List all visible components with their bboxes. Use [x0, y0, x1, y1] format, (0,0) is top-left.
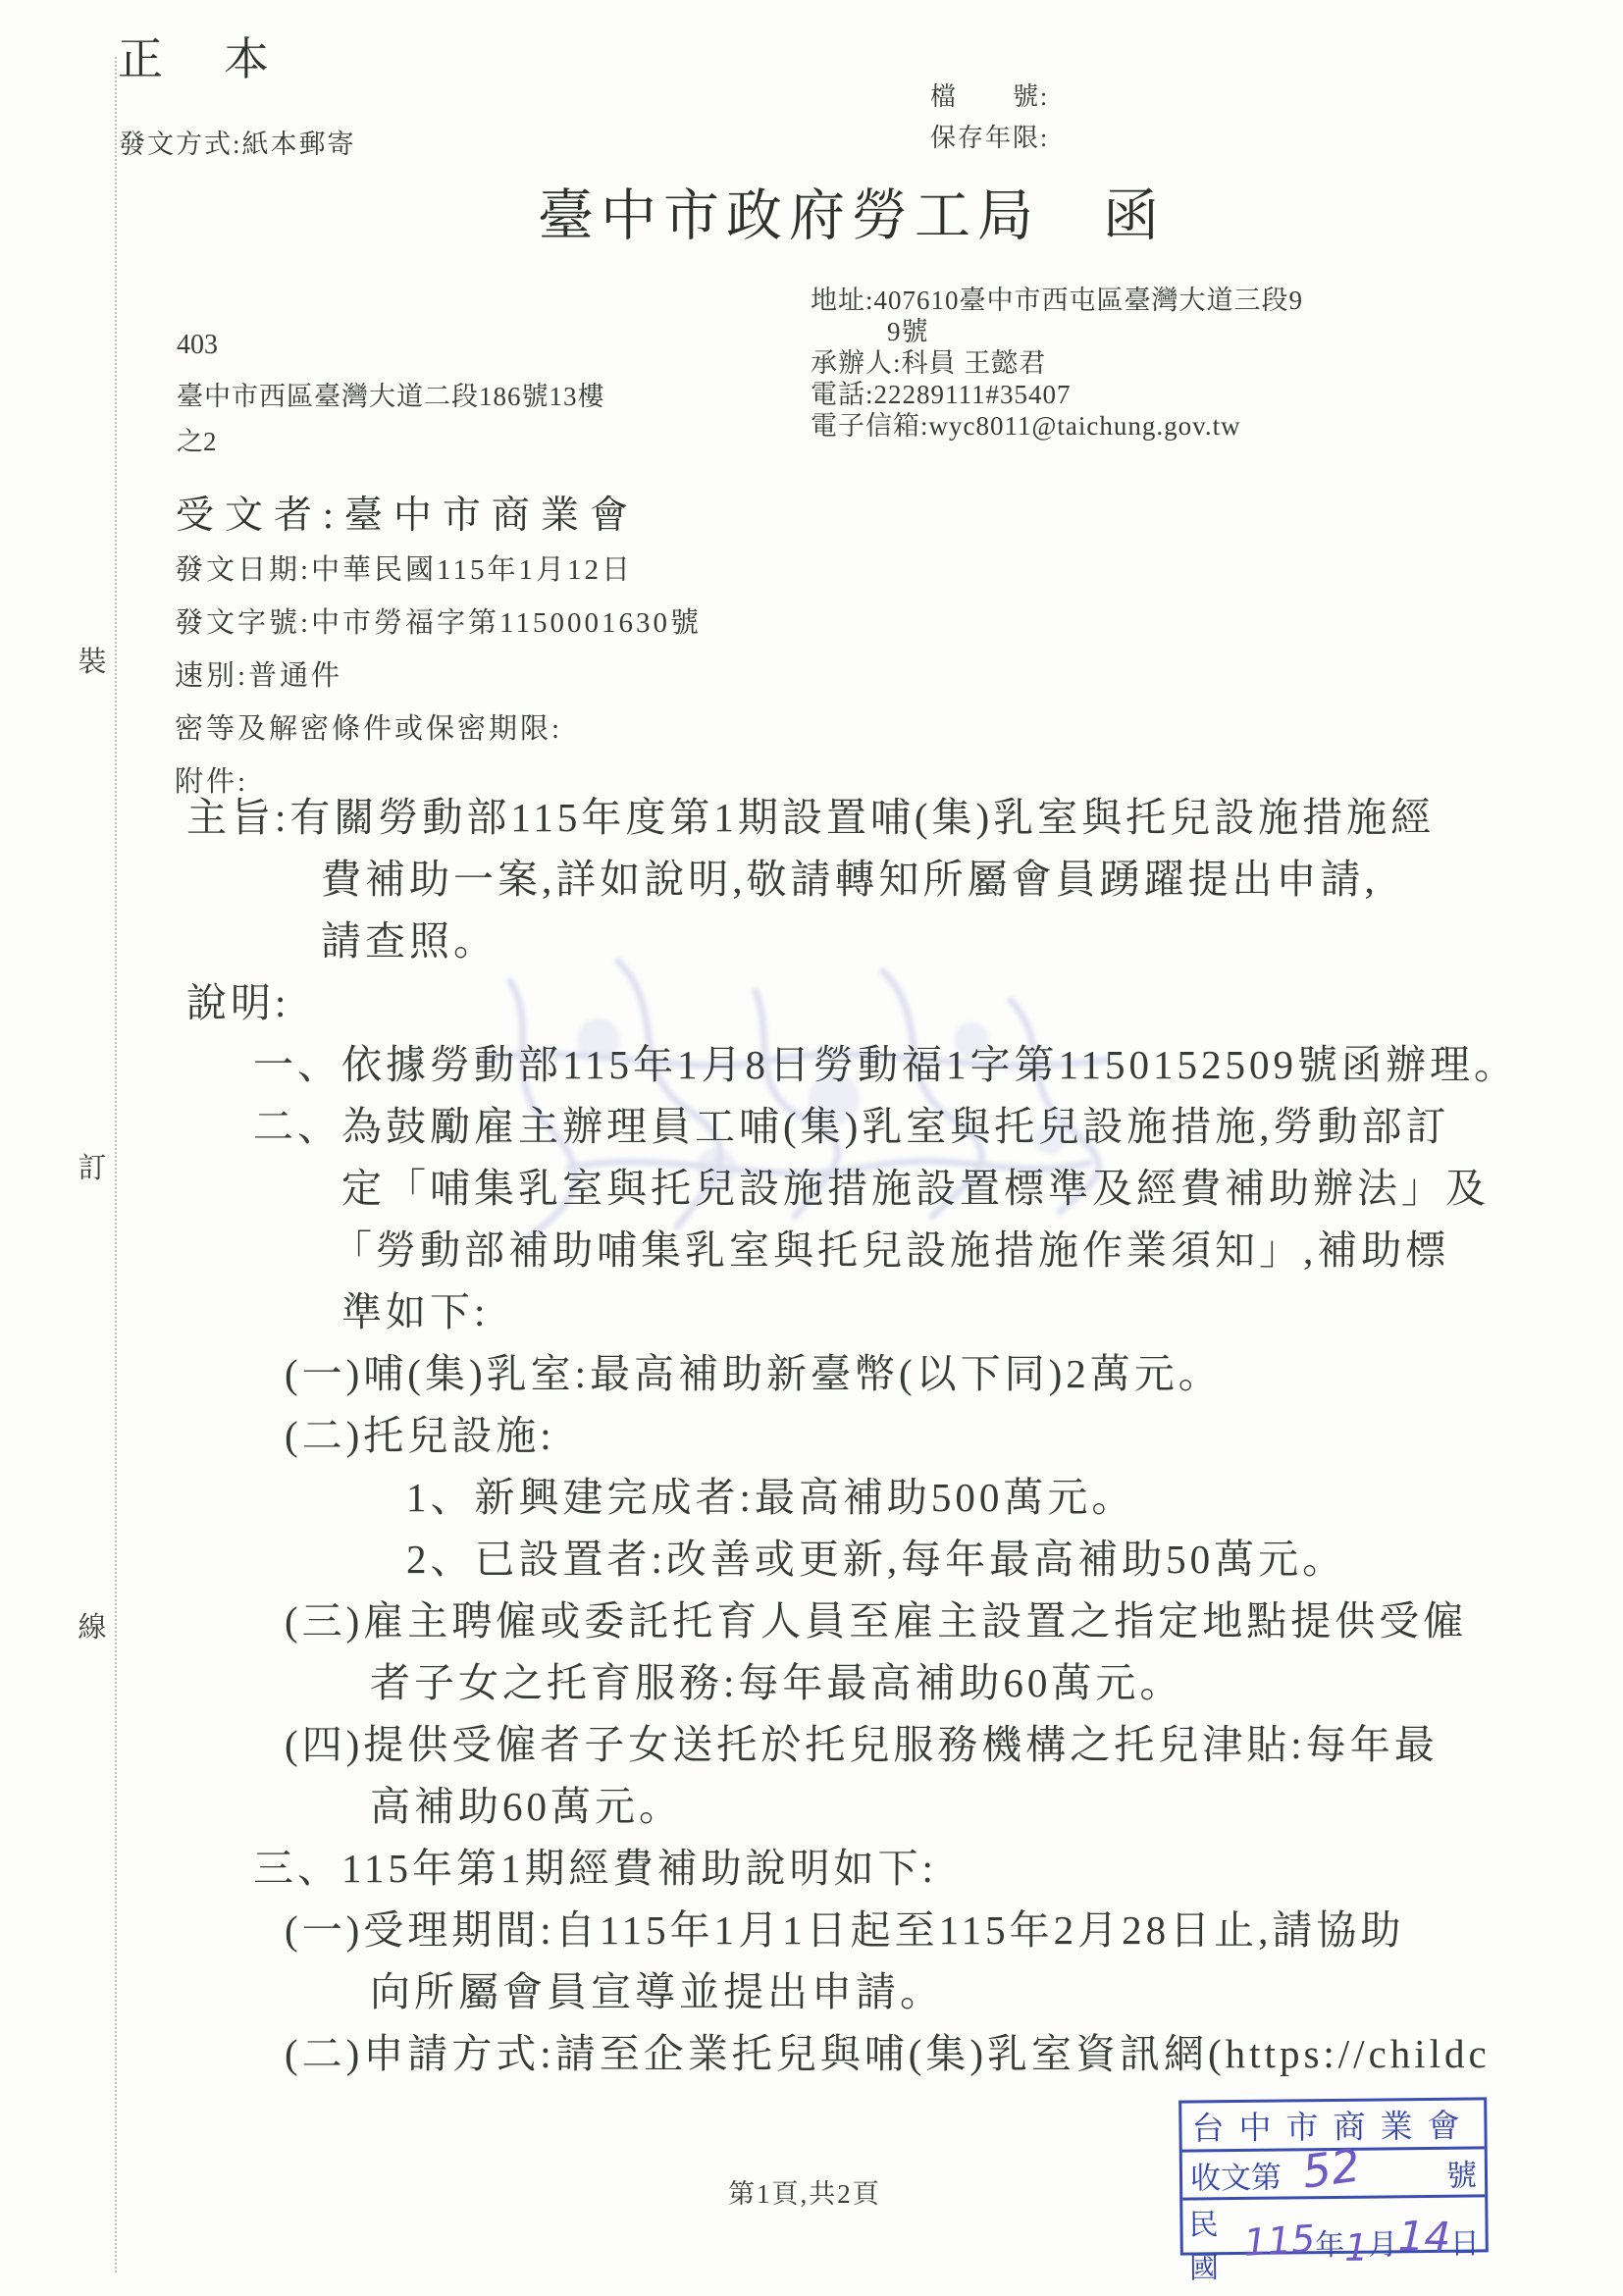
sender-phone: 電話:22289111#35407 — [811, 379, 1303, 410]
binding-mark-xian: 線 — [73, 1605, 112, 1645]
body-line: 1、新興建完成者:最高補助500萬元。 — [406, 1465, 1135, 1523]
body-line: (三)雇主聘僱或委託托育人員至雇主設置之指定地點提供受僱 — [285, 1589, 1467, 1646]
copy-type-label: 正 本 — [118, 24, 277, 88]
sender-address-line1: 地址:407610臺中市西屯區臺灣大道三段9 — [811, 285, 1303, 316]
stamp-year-handwritten: 115 — [1242, 2219, 1316, 2261]
document-title: 臺中市政府勞工局 函 — [538, 171, 1166, 251]
stamp-date-row: 民國 115 年 1 月 14 日 — [1182, 2197, 1486, 2286]
received-stamp: 台中市商業會 收文第 52 號 民國 115 年 1 月 14 日 — [1178, 2097, 1489, 2255]
body-line: 向所屬會員宣導並提出申請。 — [370, 1959, 944, 2017]
body-line: (二)申請方式:請至企業托兒與哺(集)乳室資訊網(https://childc — [285, 2021, 1491, 2079]
body-line: (一)哺(集)乳室:最高補助新臺幣(以下同)2萬元。 — [285, 1341, 1223, 1399]
stamp-receipt-suffix: 號 — [1446, 2150, 1477, 2194]
stamp-receipt-row: 收文第 52 號 — [1182, 2149, 1485, 2200]
body-line: (四)提供受僱者子女送托於托兒服務機構之托兒津貼:每年最 — [285, 1712, 1439, 1770]
body-line: (一)受理期間:自115年1月1日起至115年2月28日止,請協助 — [285, 1898, 1404, 1956]
meta-line: 發文字號:中市勞福字第1150001630號 — [175, 600, 702, 641]
body-line: 主旨:有關勞動部115年度第1期設置哺(集)乳室與托兒設施措施經 — [186, 785, 1435, 843]
body-line: 請查照。 — [321, 909, 497, 966]
file-number-label: 檔 號: — [930, 77, 1049, 113]
stamp-month-label: 月 — [1368, 2219, 1397, 2263]
body-line: 準如下: — [341, 1279, 489, 1337]
body-line: 「勞動部補助哺集乳室與托兒設施措施作業須知」,補助標 — [332, 1218, 1449, 1276]
meta-line: 發文日期:中華民國115年1月12日 — [175, 548, 633, 588]
body-line: 2、已設置者:改善或更新,每年最高補助50萬元。 — [406, 1527, 1346, 1585]
meta-line: 密等及解密條件或保密期限: — [175, 706, 562, 747]
binding-mark-ding: 訂 — [73, 1146, 112, 1186]
recipient-name-line: 受文者:臺中市商業會 — [176, 485, 639, 540]
scanned-official-letter: 正 本 發文方式:紙本郵寄 檔 號: 保存年限: 臺中市政府勞工局 函 地址:4… — [0, 0, 1623, 2296]
recipient-zip: 403 — [177, 330, 218, 361]
body-line: 一、依據勞動部115年1月8日勞動福1字第1150152509號函辦理。 — [253, 1032, 1518, 1090]
body-line: 者子女之托育服務:每年最高補助60萬元。 — [370, 1650, 1183, 1708]
binding-mark-zhuang: 裝 — [73, 640, 112, 680]
sender-contact-person: 承辦人:科員 王懿君 — [811, 347, 1303, 379]
retention-period-label: 保存年限: — [930, 118, 1049, 154]
body-line: 費補助一案,詳如說明,敬請轉知所屬會員踴躍提出申請, — [321, 847, 1379, 905]
stamp-receipt-prefix: 收文第 — [1190, 2152, 1282, 2197]
body-line: (二)托兒設施: — [285, 1403, 555, 1461]
body-line: 定「哺集乳室與托兒設施措施設置標準及經費補助辦法」及 — [341, 1156, 1490, 1214]
sender-address-line2: 9號 — [811, 316, 1303, 347]
stamp-day-label: 日 — [1449, 2218, 1479, 2262]
page-indicator: 第1頁,共2頁 — [728, 2172, 881, 2211]
body-line: 說明: — [186, 970, 289, 1028]
recipient-address-line1: 臺中市西區臺灣大道二段186號13樓 — [177, 375, 605, 413]
binding-dotted-line — [115, 57, 117, 2272]
body-line: 三、115年第1期經費補助說明如下: — [253, 1836, 937, 1894]
stamp-era-label: 民國 — [1188, 2200, 1244, 2287]
sender-contact-block: 地址:407610臺中市西屯區臺灣大道三段9 9號 承辦人:科員 王懿君 電話:… — [811, 285, 1303, 442]
sending-method: 發文方式:紙本郵寄 — [119, 123, 356, 161]
body-line: 二、為鼓勵雇主辦理員工哺(集)乳室與托兒設施措施,勞動部訂 — [253, 1094, 1450, 1152]
stamp-month-handwritten: 1 — [1344, 2229, 1369, 2267]
recipient-address-line2: 之2 — [177, 420, 217, 458]
body-line: 高補助60萬元。 — [370, 1774, 683, 1832]
stamp-receipt-number-handwritten: 52 — [1300, 2142, 1363, 2194]
stamp-day-handwritten: 14 — [1397, 2216, 1450, 2258]
meta-line: 速別:普通件 — [175, 653, 342, 694]
sender-email: 電子信箱:wyc8011@taichung.gov.tw — [811, 410, 1303, 442]
stamp-year-label: 年 — [1315, 2220, 1344, 2264]
